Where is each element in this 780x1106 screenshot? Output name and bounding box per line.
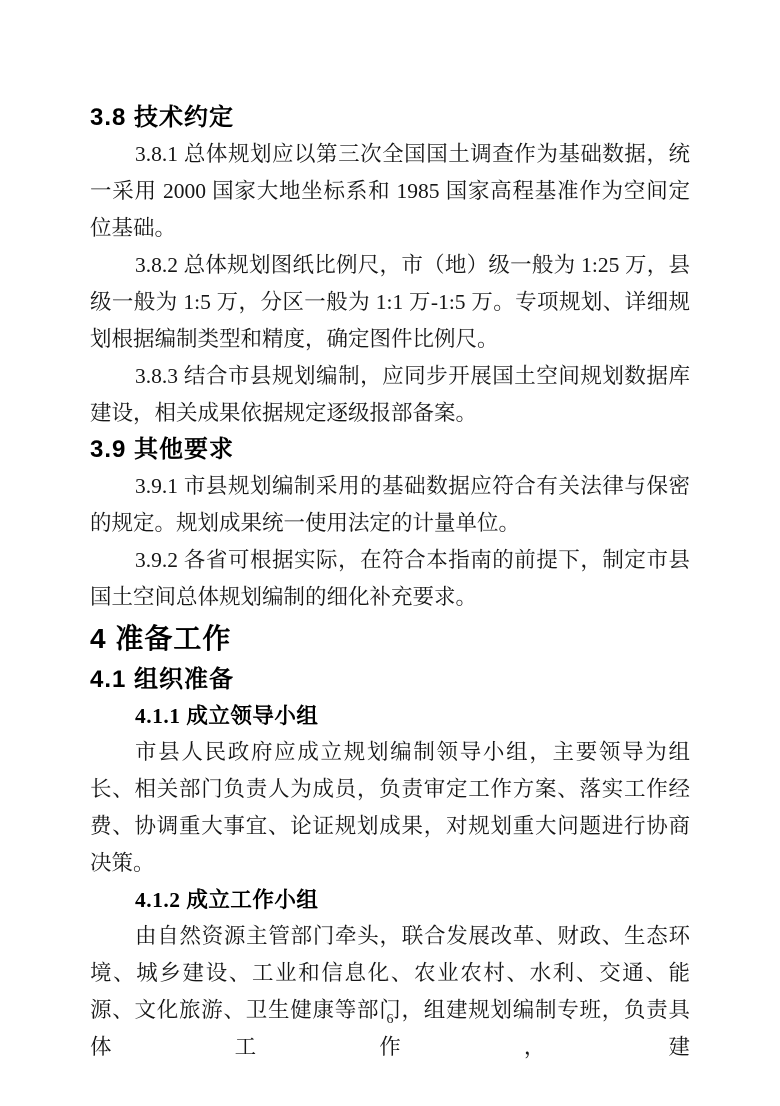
page-number: 6 xyxy=(0,1012,780,1028)
paragraph-4-1-1: 市县人民政府应成立规划编制领导小组，主要领导为组长、相关部门负责人为成员，负责审… xyxy=(90,734,690,882)
section-heading-4-1: 4.1 组织准备 xyxy=(90,662,690,698)
subsection-heading-4-1-1: 4.1.1 成立领导小组 xyxy=(90,698,690,734)
paragraph-3-8-1: 3.8.1 总体规划应以第三次全国国土调查作为基础数据，统一采用 2000 国家… xyxy=(90,136,690,247)
paragraph-3-9-2: 3.9.2 各省可根据实际，在符合本指南的前提下，制定市县国土空间总体规划编制的… xyxy=(90,542,690,616)
paragraph-3-8-3: 3.8.3 结合市县规划编制，应同步开展国土空间规划数据库建设，相关成果依据规定… xyxy=(90,358,690,432)
subsection-heading-4-1-2: 4.1.2 成立工作小组 xyxy=(90,882,690,918)
paragraph-4-1-2: 由自然资源主管部门牵头，联合发展改革、财政、生态环境、城乡建设、工业和信息化、农… xyxy=(90,918,690,1066)
paragraph-3-8-2: 3.8.2 总体规划图纸比例尺，市（地）级一般为 1:25 万，县级一般为 1:… xyxy=(90,247,690,358)
section-heading-3-8: 3.8 技术约定 xyxy=(90,100,690,136)
document-content: 3.8 技术约定 3.8.1 总体规划应以第三次全国国土调查作为基础数据，统一采… xyxy=(90,100,690,1066)
paragraph-3-9-1: 3.9.1 市县规划编制采用的基础数据应符合有关法律与保密的规定。规划成果统一使… xyxy=(90,468,690,542)
document-page: 3.8 技术约定 3.8.1 总体规划应以第三次全国国土调查作为基础数据，统一采… xyxy=(0,0,780,1106)
section-heading-3-9: 3.9 其他要求 xyxy=(90,432,690,468)
chapter-heading-4: 4 准备工作 xyxy=(90,616,690,662)
